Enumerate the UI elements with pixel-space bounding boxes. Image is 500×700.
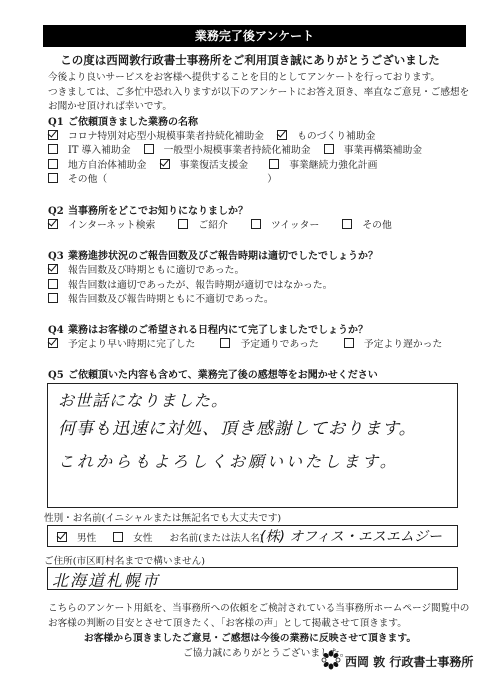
footer-line-2: お客様の判断の目安とさせて頂きたく、「お客様の声」として掲載させて頂きます。 [48,615,407,629]
checkbox-icon[interactable] [324,144,334,154]
q5-comment-box[interactable]: お世話になりました。 何事も迅速に対処、頂き感謝しております。 これからもよろし… [47,383,458,508]
q2-option-referral[interactable]: ご紹介 [178,217,227,231]
q1-text: ご依頼頂きました業務の名称 [68,117,198,128]
q1-option-corona-subsidy[interactable]: コロナ特別対応型小規模事業者持続化補助金 [48,128,264,142]
q1-option-business-revival-support[interactable]: 事業復活支援金 [160,157,249,171]
checkbox-icon[interactable] [144,144,154,154]
checkbox-checked-icon[interactable] [48,130,58,140]
q1-option-restructuring-subsidy[interactable]: 事業再構築補助金 [324,142,422,156]
office-logo-icon [321,650,341,670]
profile-label: 性別・お名前(イニシャルまたは無記名でも大丈夫です) [44,510,281,524]
intro-title: この度は西岡敦行政書士事務所をご利用頂き誠にありがとうございました [0,52,500,68]
office-name: 西岡 敦 行政書士事務所 [345,653,473,670]
checkbox-checked-icon[interactable] [48,219,58,229]
q1-heading: Q1ご依頼頂きました業務の名称 [48,113,198,128]
address-box: 北海道札幌市 [47,567,458,590]
q1-row-2: IT 導入補助金 一般型小規模事業者持続化補助金 事業再構築補助金 [48,142,432,156]
name-input[interactable]: (株) オフィス・エスエムジー [260,526,442,546]
q1-row-4: その他（） [48,171,287,185]
q1-option-continuity-plan[interactable]: 事業継続力強化計画 [269,157,377,171]
checkbox-icon[interactable] [342,219,352,229]
checkbox-icon[interactable] [48,293,58,303]
survey-title-bar: 業務完了後アンケート [43,25,466,47]
q1-option-it-subsidy[interactable]: IT 導入補助金 [48,142,131,156]
checkbox-checked-icon[interactable] [48,338,58,348]
comment-line-3: これからもよろしくお願いいたします。 [58,449,399,472]
checkbox-icon[interactable] [48,159,58,169]
q1-option-general-small-biz-subsidy[interactable]: 一般型小規模事業者持続化補助金 [144,142,311,156]
q4-option-earlier[interactable]: 予定より早い時期に完了した [48,336,195,350]
q1-number: Q1 [48,117,68,128]
gender-female-option[interactable]: 女性 [113,530,152,544]
checkbox-icon[interactable] [113,532,123,542]
checkbox-checked-icon[interactable] [48,264,58,274]
checkbox-icon[interactable] [269,159,279,169]
q3-heading: Q3業務進捗状況のご報告回数及びご報告時期は適切でしたでしょうか？ [48,247,378,262]
checkbox-icon[interactable] [48,279,58,289]
comment-line-1: お世話になりました。 [58,388,228,411]
q2-option-twitter[interactable]: ツイッター [251,217,319,231]
footer-line-1: こちらのアンケート用紙を、当事務所への依頼をご検討されている当事務所ホームページ… [48,600,469,614]
comment-line-2: 何事も迅速に対処、頂き感謝しております。 [58,414,417,439]
q2-heading: Q2当事務所をどこでお知りになりましか？ [48,202,248,217]
q3-option-both-inappropriate[interactable]: 報告回数及び報告時期ともに不適切であった。 [48,291,274,305]
checkbox-checked-icon[interactable] [277,130,287,140]
q3-option-timing-inappropriate[interactable]: 報告回数は適切であったが、報告時期が適切ではなかった。 [48,277,332,291]
q1-option-local-gov-subsidy[interactable]: 地方自治体補助金 [48,157,146,171]
intro-line-2: つきましては、ご多忙中恐れ入りますが以下のアンケートにお答え頂き、率直なご意見・… [48,84,469,98]
q2-options: インターネット検索 ご紹介 ツイッター その他 [48,217,402,231]
checkbox-icon[interactable] [344,338,354,348]
q2-text: 当事務所をどこでお知りになりましか？ [68,206,248,217]
checkbox-checked-icon[interactable] [57,532,67,542]
q1-option-monozukuri-subsidy[interactable]: ものづくり補助金 [277,128,375,142]
q2-option-other[interactable]: その他 [342,217,391,231]
q5-text: ご依頼頂いた内容も含めて、業務完了後の感想等をお聞かせください [68,370,378,381]
q1-option-other[interactable]: その他（） [48,171,277,185]
q5-number: Q5 [48,370,68,381]
profile-box: 男性 女性 お名前(または法人名) (株) オフィス・エスエムジー [47,525,458,547]
intro-line-3: お聞かせ頂ければ幸いです。 [48,98,172,112]
q4-option-later[interactable]: 予定より遅かった [344,336,442,350]
checkbox-icon[interactable] [220,338,230,348]
q2-option-internet-search[interactable]: インターネット検索 [48,217,155,231]
address-label: ご住所(市区町村名までで構いません) [44,553,205,567]
q4-options: 予定より早い時期に完了した 予定通りであった 予定より遅かった [48,336,452,350]
q3-option-appropriate[interactable]: 報告回数及び時期ともに適切であった。 [48,262,244,276]
q1-row-3: 地方自治体補助金 事業復活支援金 事業継続力強化計画 [48,157,387,171]
q1-row-1: コロナ特別対応型小規模事業者持続化補助金 ものづくり補助金 [48,128,385,142]
name-label: お名前(または法人名) [170,533,264,544]
q3-text: 業務進捗状況のご報告回数及びご報告時期は適切でしたでしょうか？ [68,251,378,262]
gender-male-option[interactable]: 男性 [57,530,96,544]
gender-options: 男性 女性 お名前(または法人名) [57,530,263,544]
q2-number: Q2 [48,206,68,217]
q3-number: Q3 [48,251,68,262]
q4-option-on-schedule[interactable]: 予定通りであった [220,336,318,350]
q4-number: Q4 [48,325,68,336]
address-input[interactable]: 北海道札幌市 [52,568,160,591]
checkbox-icon[interactable] [251,219,261,229]
q4-heading: Q4業務はお客様のご希望される日程内にて完了しましたでしょうか？ [48,321,368,336]
checkbox-icon[interactable] [48,144,58,154]
checkbox-icon[interactable] [48,173,58,183]
intro-line-1: 今後より良いサービスをお客様へ提供することを目的としてアンケートを行っております… [48,69,440,83]
checkbox-checked-icon[interactable] [160,159,170,169]
q4-text: 業務はお客様のご希望される日程内にて完了しましたでしょうか？ [68,325,368,336]
footer-notice: お客様から頂きましたご意見・ご感想は今後の業務に反映させて頂きます。 [0,630,500,644]
q5-heading: Q5ご依頼頂いた内容も含めて、業務完了後の感想等をお聞かせください [48,366,378,381]
checkbox-icon[interactable] [178,219,188,229]
